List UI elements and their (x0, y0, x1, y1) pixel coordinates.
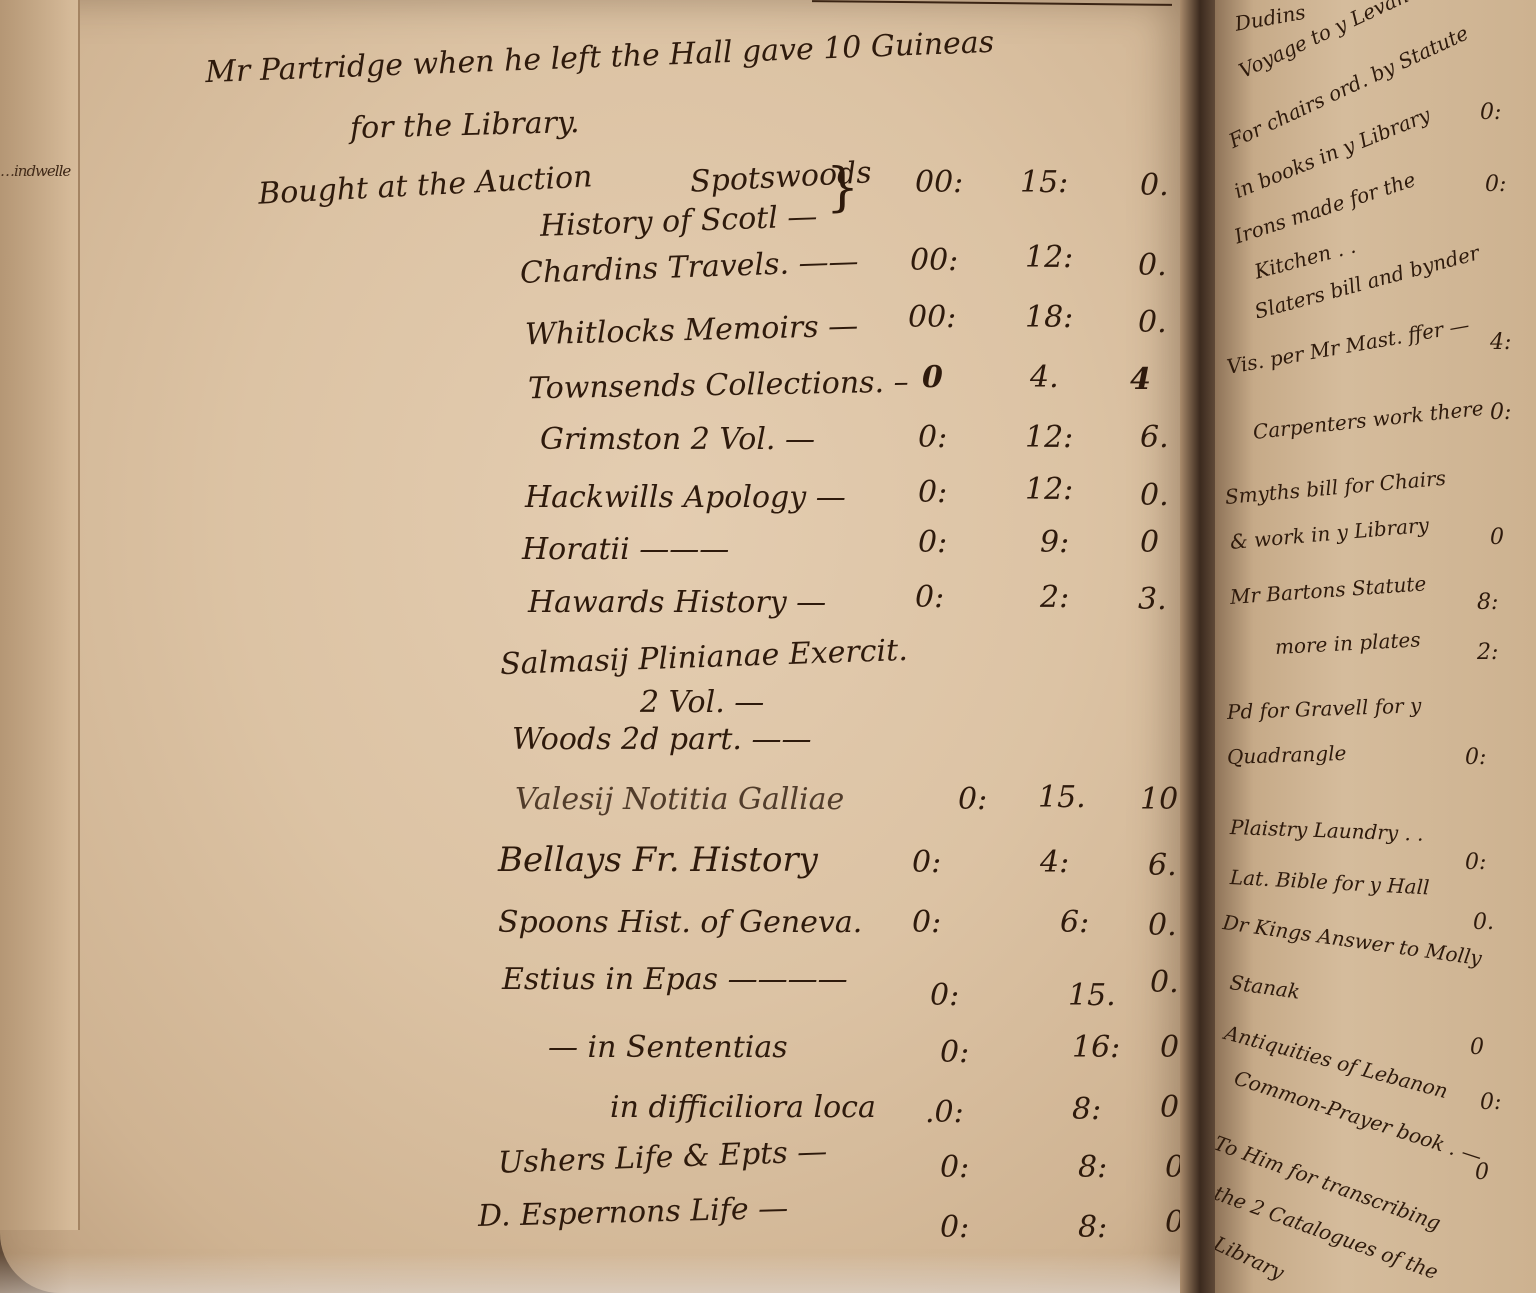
amount-pounds: 0: (940, 1210, 969, 1245)
entry-title: Hawards History — (528, 585, 826, 620)
left-page: …indwelle Mr Partridge when he left the … (0, 0, 1200, 1293)
entry-title: Valesij Notitia Galliae (515, 782, 844, 817)
amount-pounds: 0: (912, 905, 941, 940)
entry-title: Ushers Life & Epts — (497, 1134, 827, 1180)
entry-title: Horatii ——— (522, 532, 729, 567)
amount-pounds: 0: (958, 782, 987, 817)
amount-pounds: 0: (915, 580, 944, 615)
entry-title: Estius in Epas ———— (502, 962, 848, 997)
brace-mark: } (826, 158, 859, 218)
amount-pounds: 0: (940, 1035, 969, 1070)
amount-pounds: 0: (918, 525, 947, 560)
amount-pence: 0. (1138, 248, 1167, 283)
amount-pounds: 0: (912, 845, 941, 880)
amount-pence: 6. (1140, 420, 1169, 455)
amount-shillings: 16: (1072, 1030, 1120, 1065)
top-rule-line (812, 0, 1172, 6)
page-bottom-edge (0, 1253, 1200, 1293)
previous-leaf-edge: …indwelle (0, 0, 80, 1230)
right-entry: Dudins (1233, 0, 1307, 36)
right-amount: 0: (1465, 745, 1486, 770)
right-amount: 0: (1485, 172, 1506, 197)
right-entry: Carpenters work there (1252, 396, 1485, 444)
right-amount: 0: (1490, 400, 1511, 425)
right-amount: 2: (1477, 640, 1498, 665)
amount-pounds: 0: (918, 420, 947, 455)
right-amount: 0 (1470, 1035, 1484, 1060)
amount-shillings: 2: (1040, 580, 1069, 615)
entry-title: Woods 2d part. —— (512, 722, 811, 757)
previous-leaf-text: …indwelle (0, 162, 70, 180)
amount-shillings: 8: (1078, 1150, 1107, 1185)
amount-shillings: 8: (1072, 1092, 1101, 1127)
entry-title: — in Sententias (548, 1030, 788, 1065)
amount-pence: 6. (1148, 848, 1177, 883)
amount-shillings: 12: (1025, 240, 1073, 275)
amount-pence: 0. (1138, 305, 1167, 340)
bought-at-auction-label: Bought at the Auction (257, 159, 593, 211)
right-entry: Smyths bill for Chairs (1224, 466, 1447, 509)
amount-shillings: 12: (1025, 420, 1073, 455)
amount-shillings: 15: (1020, 165, 1068, 200)
right-entry: Stanak (1228, 970, 1301, 1004)
amount-shillings: 4: (1040, 845, 1069, 880)
right-entry: more in plates (1274, 627, 1421, 659)
right-entry: Mr Bartons Statute (1229, 571, 1427, 609)
right-page: Dudins Voyage to y Levant For chairs ord… (1215, 0, 1536, 1293)
right-amount: 0: (1465, 850, 1486, 875)
amount-shillings: 9: (1040, 525, 1069, 560)
amount-pence: 0 (1140, 525, 1159, 560)
entry-title: Whitlocks Memoirs — (525, 309, 859, 353)
right-entry: Plaistry Laundry . . (1230, 815, 1424, 846)
amount-shillings: 15. (1068, 978, 1116, 1013)
right-entry: Library (1215, 1231, 1288, 1284)
right-amount: 0: (1480, 100, 1501, 125)
entry-title: History of Scotl — (539, 199, 817, 244)
right-entry: Quadrangle (1227, 741, 1347, 769)
right-amount: 0. (1473, 910, 1494, 935)
heading-line-2: for the Library. (350, 105, 580, 146)
amount-pounds: 00: (908, 300, 956, 335)
amount-shillings: 15. (1038, 780, 1086, 815)
right-entry: Dr Kings Answer to Molly (1221, 910, 1483, 970)
book-gutter (1180, 0, 1220, 1293)
entry-title: Townsends Collections. – (528, 365, 909, 407)
right-amount: 0 (1475, 1160, 1489, 1185)
amount-pounds: 0: (940, 1150, 969, 1185)
amount-pounds: 0: (930, 978, 959, 1013)
amount-shillings: 12: (1025, 472, 1073, 507)
manuscript-spread: …indwelle Mr Partridge when he left the … (0, 0, 1536, 1293)
amount-shillings: 6: (1060, 905, 1089, 940)
amount-pounds: 00: (915, 165, 963, 200)
amount-pence: 0. (1148, 908, 1177, 943)
heading-line-1: Mr Partridge when he left the Hall gave … (205, 25, 995, 90)
right-entry: & work in y Library (1229, 513, 1430, 554)
amount-pence: 0. (1150, 965, 1179, 1000)
amount-pounds: 0 (922, 360, 943, 395)
amount-pounds: 0: (918, 475, 947, 510)
right-amount: 8: (1477, 590, 1498, 615)
right-amount: 0 (1490, 525, 1504, 550)
entry-title: D. Espernons Life — (478, 1191, 789, 1234)
amount-shillings: 8: (1078, 1210, 1107, 1245)
right-entry: Lat. Bible for y Hall (1229, 865, 1430, 899)
right-amount: 4: (1490, 330, 1511, 355)
amount-shillings: 18: (1025, 300, 1073, 335)
amount-pence: 0. (1140, 478, 1169, 513)
entry-title: Grimston 2 Vol. — (540, 422, 815, 457)
amount-pence: 0. (1140, 168, 1169, 203)
amount-shillings: 4. (1030, 360, 1059, 395)
entry-title: in difficiliora loca (610, 1090, 876, 1125)
amount-pence: 4 (1130, 362, 1151, 397)
amount-pounds: .0: (925, 1095, 964, 1130)
entry-title: Chardins Travels. —— (519, 244, 859, 291)
right-amount: 0: (1480, 1090, 1501, 1115)
entry-title: Hackwills Apology — (525, 480, 846, 515)
entry-title: 2 Vol. — (640, 685, 764, 720)
right-entry: Pd for Gravell for y (1227, 693, 1422, 724)
amount-pounds: 00: (910, 243, 958, 278)
entry-title: Salmasij Plinianae Exercit. (500, 633, 909, 682)
entry-title: Spoons Hist. of Geneva. (498, 905, 862, 940)
entry-title: Bellays Fr. History (498, 840, 818, 880)
amount-pence: 3. (1138, 582, 1167, 617)
